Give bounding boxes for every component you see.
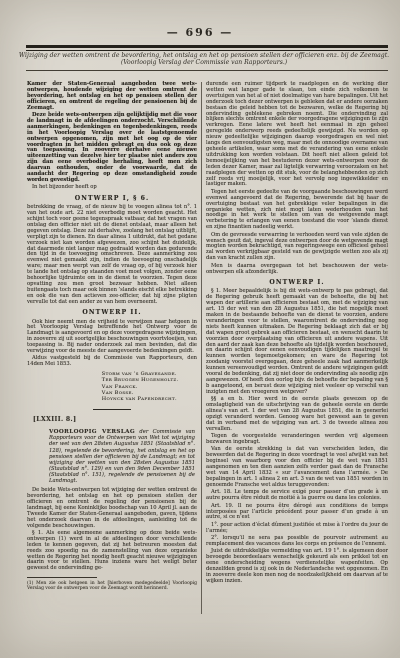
running-head-subtitle: (Voorloopig Verslag der Commissie van Ra… bbox=[18, 60, 390, 67]
section-heading-ontwerp-1-par6: ONTWERP I, § 6. bbox=[27, 196, 197, 202]
paragraph-beide-wetsontwerpen: De beide Wets-ontwerpen tot wijziging de… bbox=[27, 488, 197, 529]
scanned-document-page: — 696 — Wijziging der wetten omtrent de … bbox=[0, 0, 400, 658]
paragraph-art-19: Art. 19. Il ne pourra être dérogé aux co… bbox=[206, 504, 388, 522]
signature-list: Storm van ’s Gravesande. Ter Bruggen Hug… bbox=[102, 371, 197, 403]
section-divider-rule bbox=[93, 409, 131, 411]
paragraph-men-is-daarna: Men is daarna overgegaan tot het beschou… bbox=[206, 264, 388, 276]
column-divider bbox=[201, 82, 202, 614]
header-rule-thick bbox=[26, 45, 388, 48]
caption-rule bbox=[26, 70, 388, 71]
paragraph-fransche-wet: Van de eerste strekking is dat van versc… bbox=[206, 447, 388, 488]
right-column: durende een ruimer tijdperk te raadplege… bbox=[206, 82, 388, 614]
paragraph-art-19-item-1: 1°. pour action d’éclat dûment justifiée… bbox=[206, 523, 388, 535]
footnote: (1) Men zie ook hetgeen in het [hierbove… bbox=[27, 581, 197, 591]
paragraph-afdeelingen: Deze beide wets-ontwerpen zijn gelijktij… bbox=[27, 113, 197, 184]
header-rule-thin bbox=[26, 50, 388, 51]
document-number: [LXXIII. 8.] bbox=[33, 417, 197, 423]
paragraph-bezwaren: Tegen de voorgestelde veranderingen werd… bbox=[206, 434, 388, 446]
paragraph-section-1: § 1. Als eene algemeene aanmerking op de… bbox=[27, 531, 197, 572]
running-head: Wijziging der wetten omtrent de bevorder… bbox=[18, 53, 390, 66]
left-column: Kamer der Staten-Generaal aangeboden twe… bbox=[27, 82, 197, 614]
page-number: — 696 — bbox=[0, 26, 400, 39]
paragraph-durende-continuation: durende een ruimer tijdperk te raadplege… bbox=[206, 82, 388, 188]
report-title-block: VOORLOOPIG VERSLAG der Commissie van Rap… bbox=[49, 429, 195, 484]
signature: Hoynck van Papendrecht. bbox=[102, 396, 197, 402]
paragraph-tegen-eerste-gedeelte: Tegen het eerste gedeelte van de voorgaa… bbox=[206, 190, 388, 231]
paragraph-aldus-vastgesteld: Aldus vastgesteld bij de Commissie van R… bbox=[27, 356, 197, 368]
text-columns: Kamer der Staten-Generaal aangeboden twe… bbox=[27, 82, 388, 614]
paragraph-sections-a-en-b: §§ a en b. Hier werd in de eerste plaats… bbox=[206, 397, 388, 432]
paragraph-leadin: In het bijzonder heeft op bbox=[27, 185, 197, 191]
section-heading-ontwerp-2: ONTWERP II. bbox=[27, 310, 197, 316]
paragraph-gevreesde-verwarring: Om de gevreesde verwarring te verhoeden … bbox=[206, 233, 388, 263]
footnote-rule bbox=[27, 577, 97, 578]
paragraph-juist-vermelding: Juist de uitdrukkelijke vermelding van a… bbox=[206, 549, 388, 584]
section-heading-ontwerp-1: ONTWERP I. bbox=[206, 280, 388, 286]
paragraph-art-19-item-2: 2°. lorsqu’il ne sera pas possible de po… bbox=[206, 536, 388, 548]
paragraph-betrekking: betrekking de vraag, of de nieuw bij te … bbox=[27, 205, 197, 305]
paragraph-ookhier: Ook hier neemt men de vrijheid te verwij… bbox=[27, 320, 197, 355]
report-title-rest: der Commissie van Rapporteurs voor de On… bbox=[49, 429, 195, 484]
paragraph-art-18: Art. 18. Le temps de service exigé pour … bbox=[206, 490, 388, 502]
paragraph-section-1-right: § 1. Meer bepaaldelijk is bij dit wets-o… bbox=[206, 289, 388, 395]
paragraph-intro-continuation: Kamer der Staten-Generaal aangeboden twe… bbox=[27, 82, 197, 112]
